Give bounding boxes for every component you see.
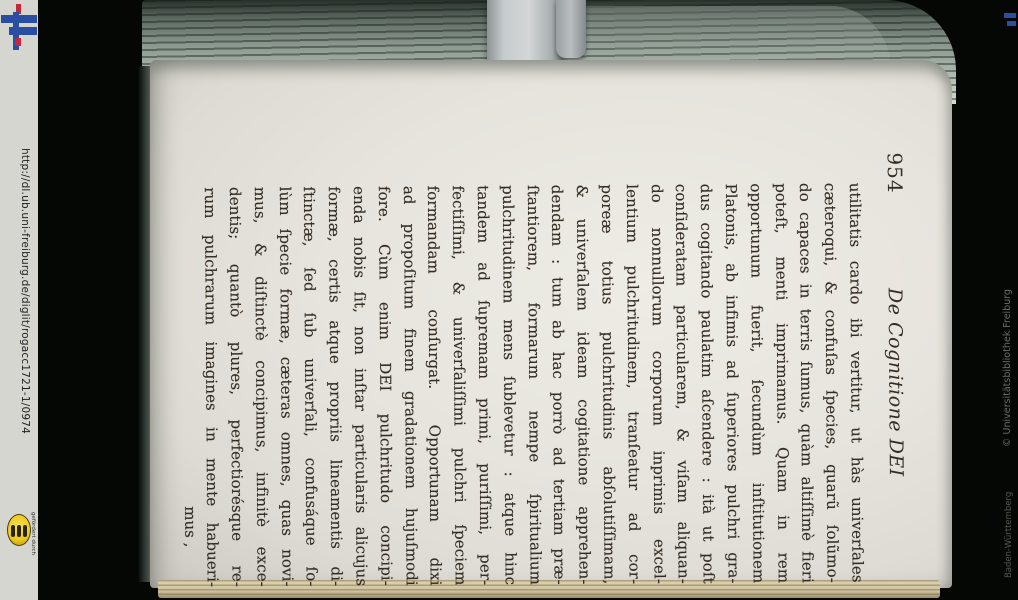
- book-scan-viewer: 954 De Cognitione DEI utilitatis cardo i…: [0, 0, 1018, 600]
- text-line: poteſt, menti imprimamus. Quam in rem: [768, 183, 796, 583]
- text-line: & univerſalem ideam cogitatione apprehen…: [569, 184, 597, 584]
- text-line: dus cogitando paulatim aſcendere : ità u…: [693, 184, 721, 584]
- text-line: formæ, certis atque propriis lineamentis…: [321, 186, 349, 586]
- source-url: http://dl.ub.uni-freiburg.de/diglit/roga…: [14, 148, 31, 440]
- region-label: Baden-Württemberg: [1004, 474, 1016, 578]
- text-line: ſtinctæ, ſed ſub univerſali, confusáque …: [297, 186, 325, 586]
- book-clasp-tab: [556, 0, 586, 58]
- text-line: dentis; quantò plures, perfectiorésque r…: [222, 187, 250, 587]
- text-line: fore. Cùm enim DEI pulchritudo concipi-: [371, 186, 399, 586]
- page-content: 954 De Cognitione DEI utilitatis cardo i…: [150, 57, 954, 600]
- page-header: 954 De Cognitione DEI: [880, 57, 910, 597]
- text-line: lùm ſpecie formæ, cæteras omnes, quas no…: [272, 187, 300, 587]
- text-line: cæteroqui, & confuſas ſpecies, quarũ ſol…: [817, 183, 845, 583]
- text-line: utilitatis cardo ibi vertitur, ut hàs un…: [842, 183, 870, 583]
- library-logo-icon: [0, 2, 38, 60]
- catchword: mus ,: [179, 187, 200, 547]
- text-line: formandam conſurgat. Opportunam dixi: [421, 186, 449, 586]
- text-line: dendam : tum ab hac porrò ad tertiam præ…: [545, 185, 573, 585]
- text-line: mus, & diſtinctè concipimus, infinitè ex…: [247, 187, 275, 587]
- text-line: Platonis, ab infimis ad ſuperiores pulch…: [718, 183, 746, 583]
- funding-logo: gefördert durch: [0, 500, 38, 560]
- text-line: tandem ad ſupremam primi, puriſſimi, per…: [470, 185, 498, 585]
- text-line: enda nobis ſit, non inſtar particularis …: [346, 186, 374, 586]
- text-line: poreæ totius pulchritudinis abſolutiſſim…: [594, 184, 622, 584]
- library-mini-logo-icon: [1004, 13, 1016, 31]
- text-line: fectiſſimi, & univerſaliſſimi pulchri ſp…: [445, 185, 473, 585]
- text-line: conſideratam particularem, & viſam aliqu…: [669, 184, 697, 584]
- text-line: do capaces in terris ſumus, quàm altiſſi…: [792, 183, 820, 583]
- text-line: pulchritudinem mens ſublevetur : atque h…: [495, 185, 523, 585]
- text-line: do nonnullorum corporum inprimis excel-: [644, 184, 672, 584]
- running-title: De Cognitione DEI: [883, 182, 908, 582]
- funding-caption: gefördert durch: [28, 512, 36, 558]
- text-line: rum pulchrarum imagines in mente habueri…: [197, 187, 225, 587]
- copyright-notice: © Universitätsbibliothek Freiburg: [1002, 229, 1017, 447]
- text-line: ſtantiorem, formarum nempe ſpiritualium: [520, 185, 548, 585]
- text-line: lentium pulchritudinem, tranſeatur ad co…: [619, 184, 647, 584]
- text-line: ad propoſitum finem gradationem hujuſmod…: [396, 186, 424, 586]
- page-text: utilitatis cardo ibi vertitur, ut hàs un…: [197, 183, 869, 588]
- text-line: opportunum fuerit, ſecundùm inſtitutione…: [743, 183, 771, 583]
